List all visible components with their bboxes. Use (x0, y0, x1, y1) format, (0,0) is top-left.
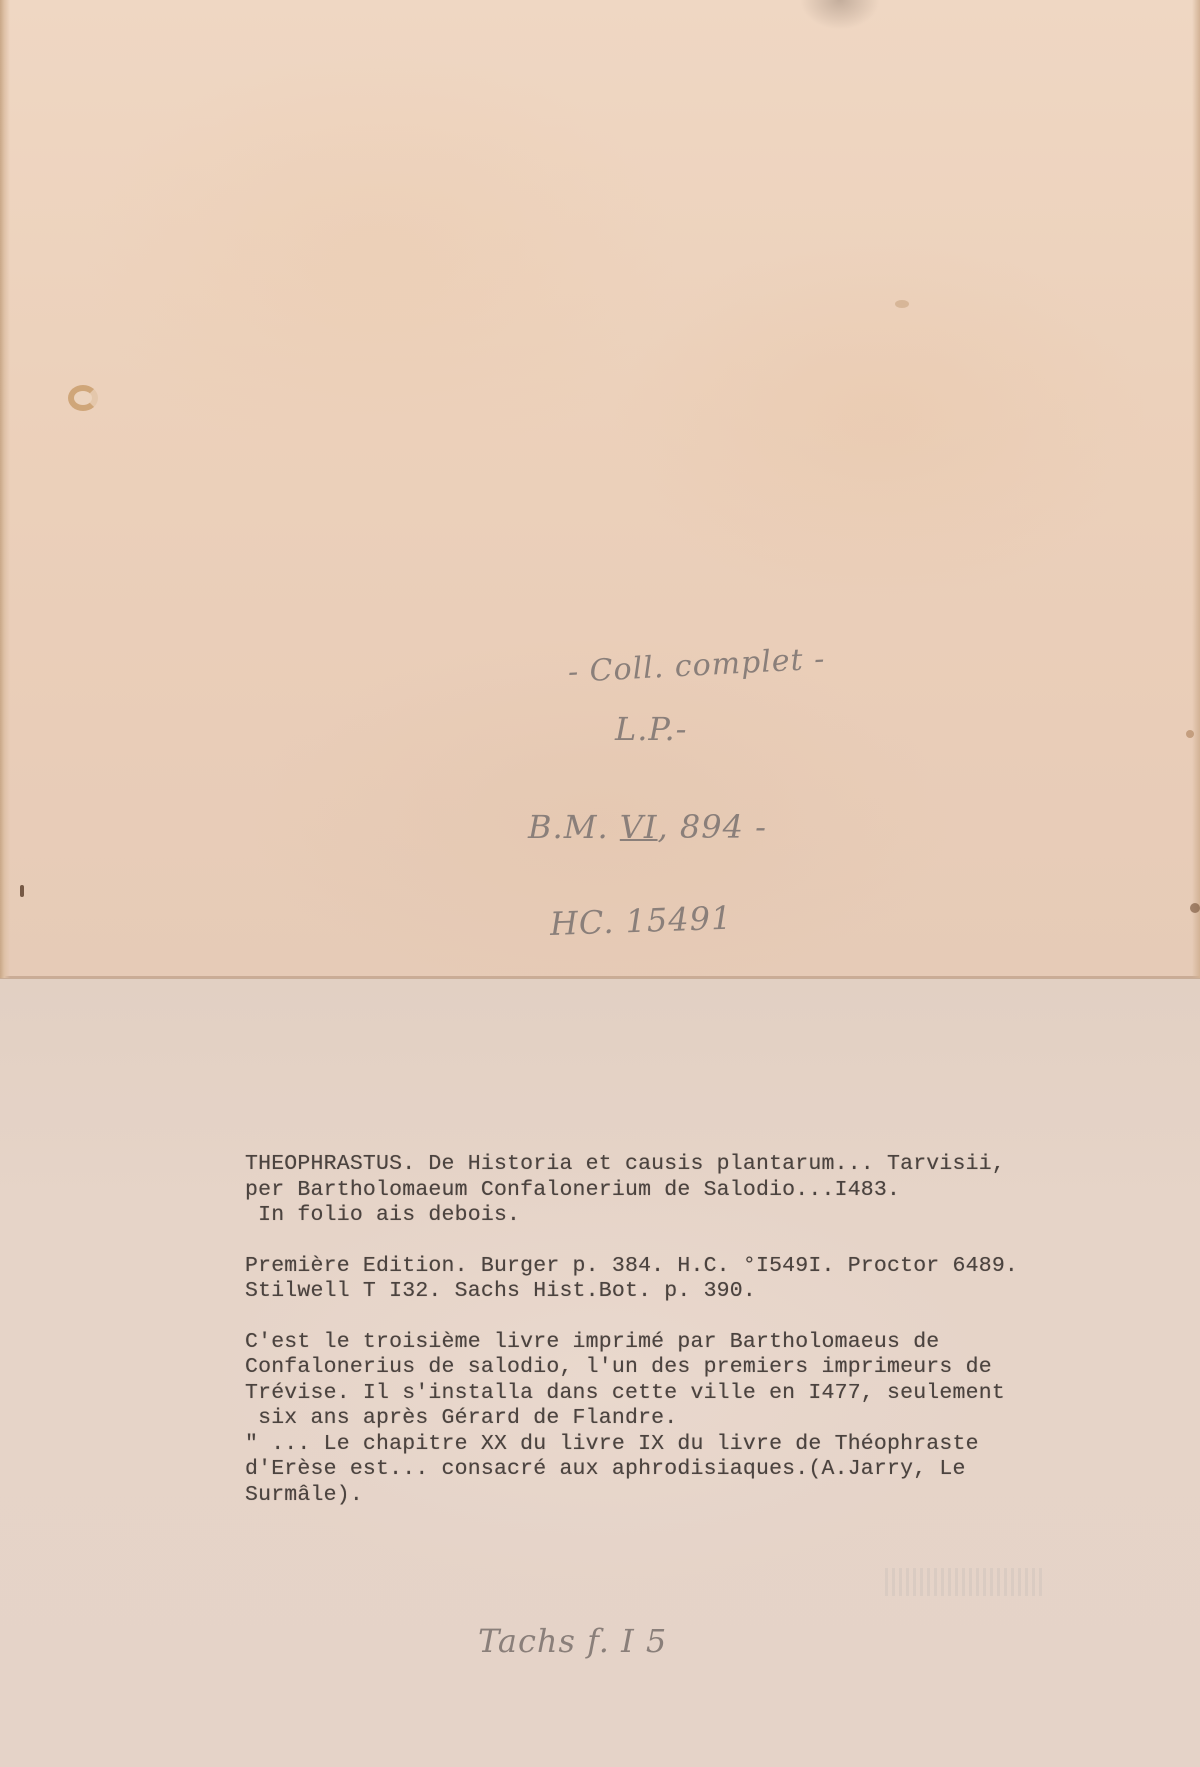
scanned-page: - Coll. complet - L.P.- B.M. VI, 894 - H… (0, 0, 1200, 1767)
ink-mark (20, 885, 24, 897)
faint-stamp-impression (885, 1568, 1045, 1596)
foxing-stain (68, 385, 98, 411)
left-page-edge (0, 0, 10, 978)
pencil-note-collation: - Coll. complet - (567, 642, 826, 690)
typed-imprint-line: per Bartholomaeum Confalonerium de Salod… (245, 1178, 1185, 1204)
typewritten-description: THEOPHRASTUS. De Historia et causis plan… (245, 1152, 1185, 1508)
bm-suffix: , 894 - (658, 808, 767, 846)
pencil-note-initials: L.P.- (615, 710, 687, 748)
typed-title-line: THEOPHRASTUS. De Historia et causis plan… (245, 1152, 1185, 1178)
bm-prefix: B.M. (528, 808, 620, 846)
typed-references-line: Première Edition. Burger p. 384. H.C. °I… (245, 1254, 1185, 1280)
typed-format-line: In folio ais debois. (245, 1203, 1185, 1229)
foxing-spot (1190, 903, 1200, 913)
foxing-spot (895, 300, 909, 308)
upper-paper-leaf: - Coll. complet - L.P.- B.M. VI, 894 - H… (0, 0, 1200, 978)
foxing-spot (1186, 730, 1194, 738)
typed-quote-line: " ... Le chapitre XX du livre IX du livr… (245, 1432, 1185, 1458)
typed-note-line: Trévise. Il s'installa dans cette ville … (245, 1381, 1185, 1407)
top-tear-mark (800, 0, 880, 30)
typed-references-line: Stilwell T I32. Sachs Hist.Bot. p. 390. (245, 1279, 1185, 1305)
typed-note-line: six ans après Gérard de Flandre. (245, 1406, 1185, 1432)
pencil-note-bm-reference: B.M. VI, 894 - (528, 808, 767, 846)
paragraph-gap (245, 1305, 1185, 1330)
typed-note-line: C'est le troisième livre imprimé par Bar… (245, 1330, 1185, 1356)
bm-volume: VI (620, 808, 658, 846)
typed-note-line: Confalonerius de salodio, l'un des premi… (245, 1355, 1185, 1381)
typed-quote-line: Surmâle). (245, 1483, 1185, 1509)
pencil-note-shelfmark: Tachs f. I 5 (478, 1622, 667, 1660)
typed-quote-line: d'Erèse est... consacré aux aphrodisiaqu… (245, 1457, 1185, 1483)
right-page-edge (1192, 0, 1200, 978)
paragraph-gap (245, 1229, 1185, 1254)
pencil-note-hc-reference: HC. 15491 (549, 899, 733, 943)
